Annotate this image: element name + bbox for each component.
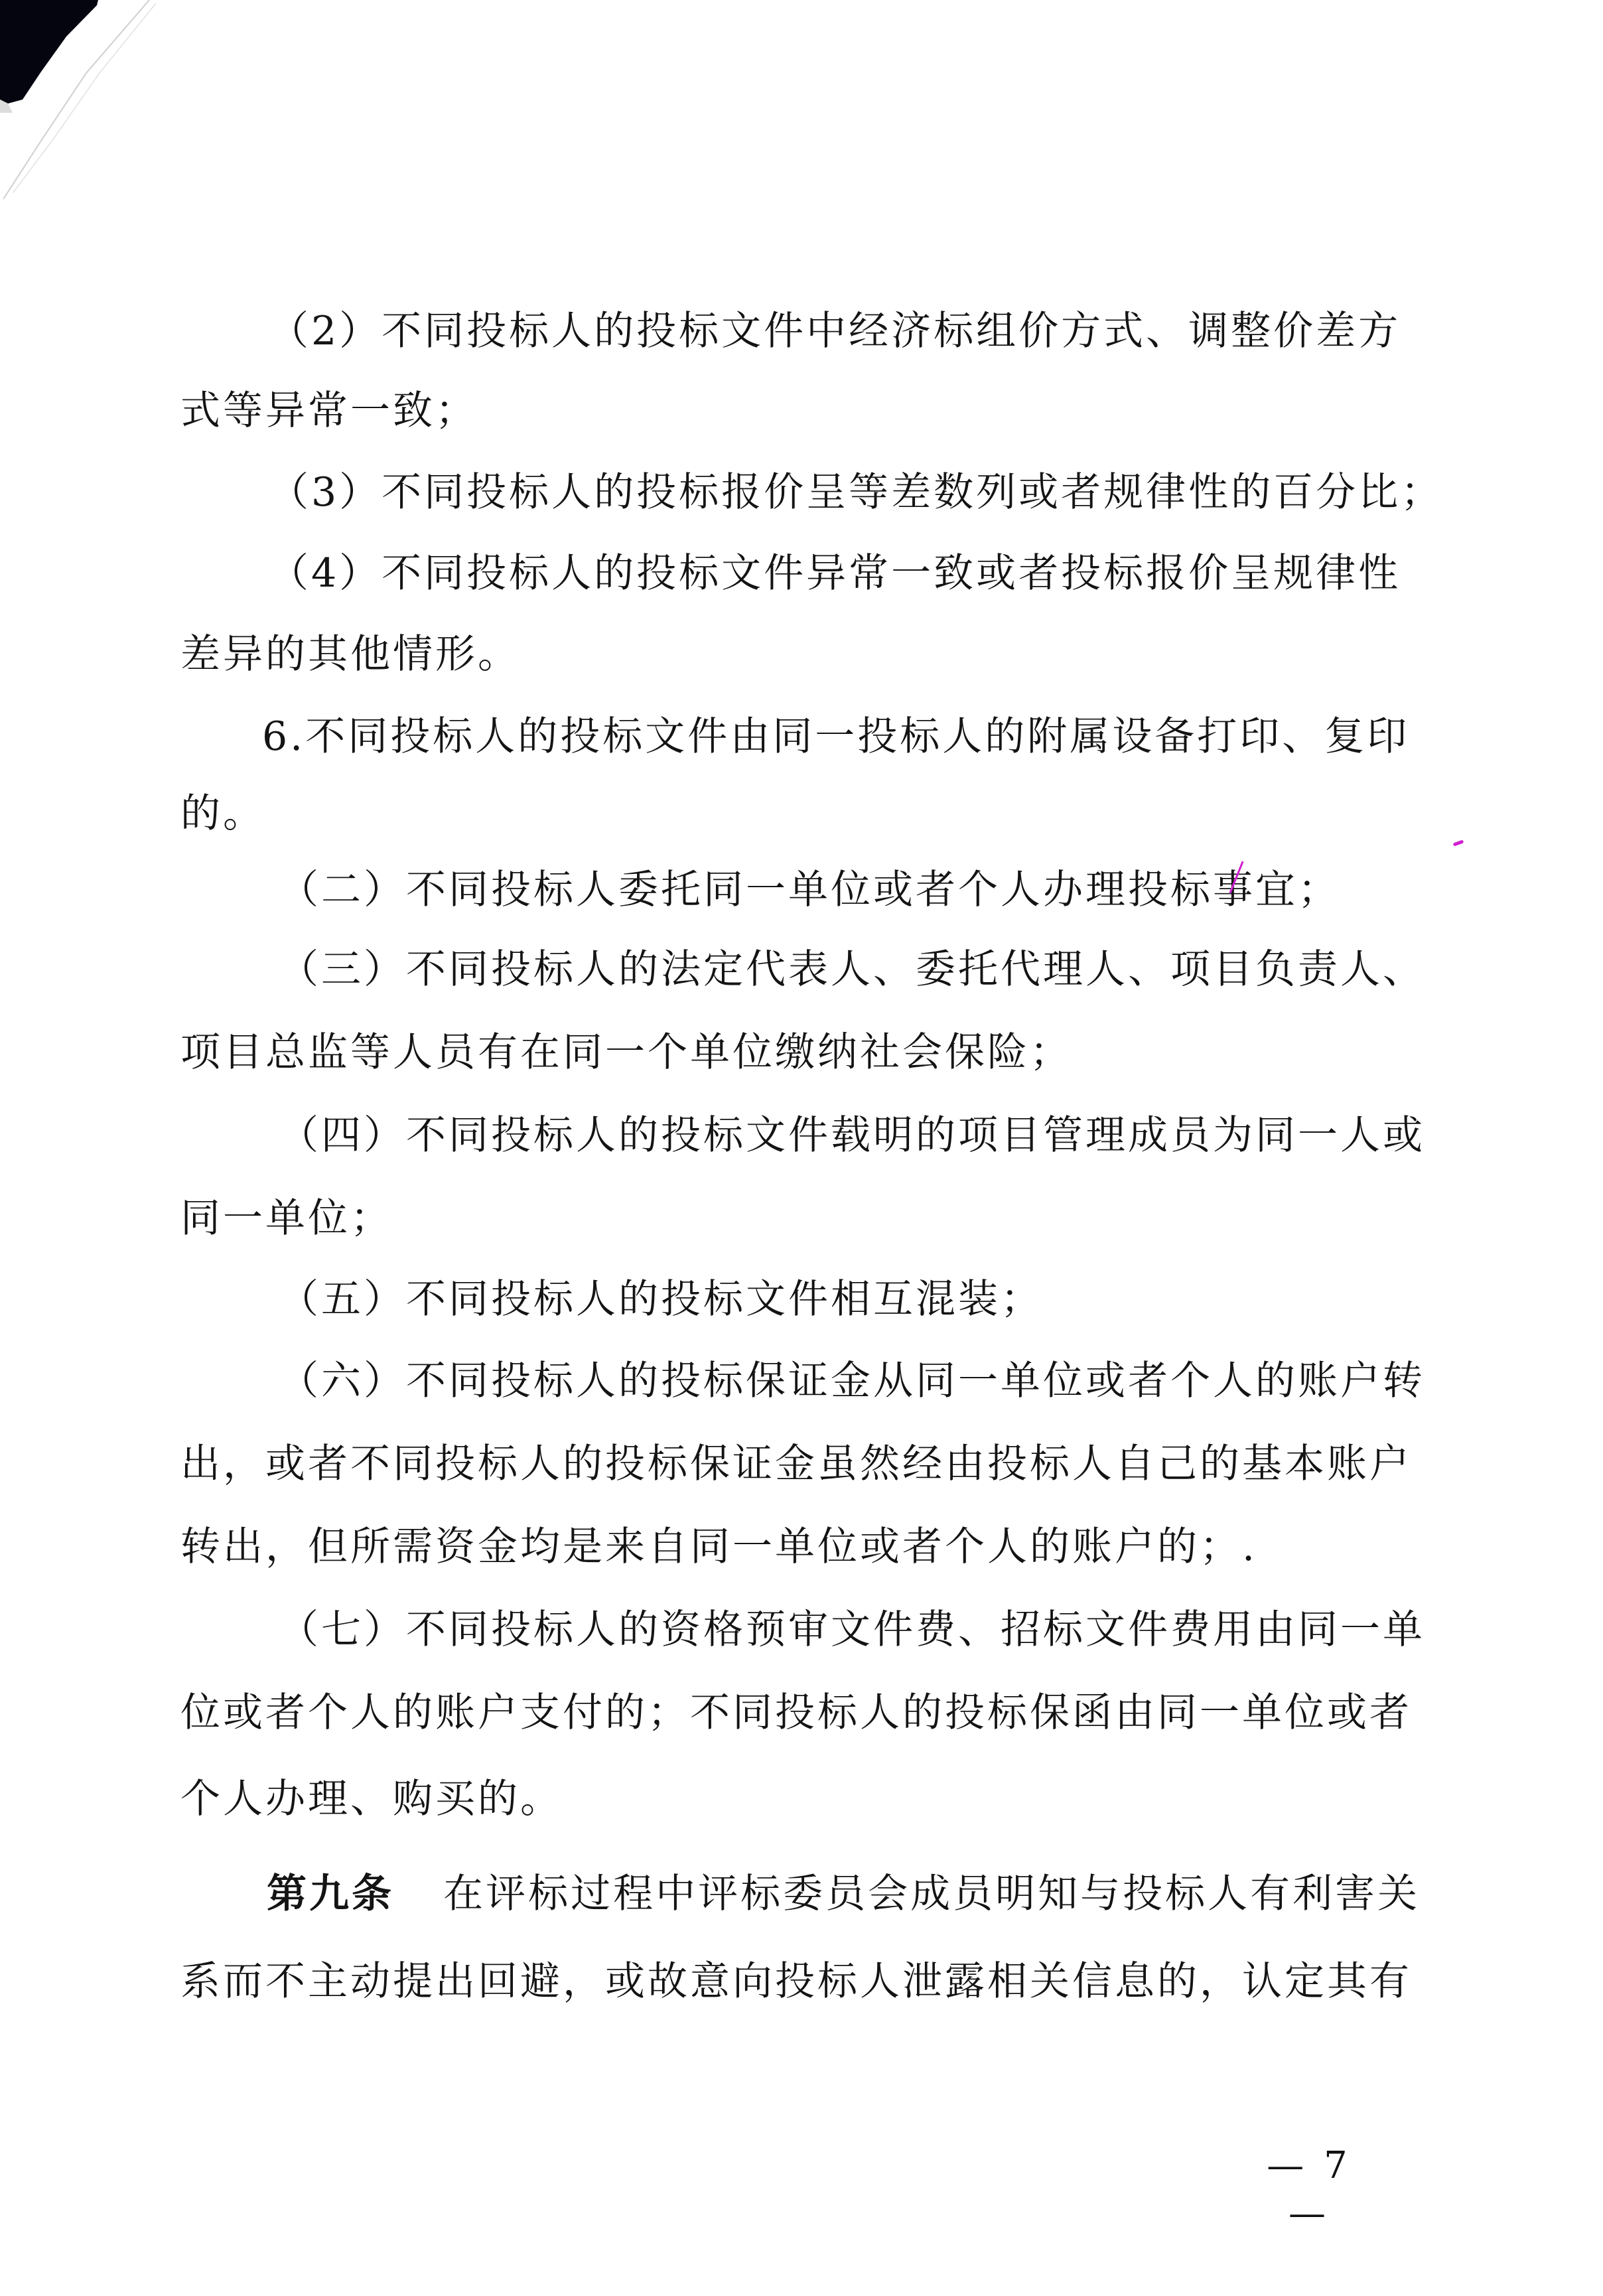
paragraph-line: 项目总监等人员有在同一个单位缴纳社会保险； bbox=[180, 1029, 1072, 1076]
paragraph-line: （四）不同投标人的投标文件载明的项目管理成员为同一人或 bbox=[279, 1112, 1425, 1159]
article-heading: 第九条 bbox=[267, 1871, 394, 1917]
paragraph-line: 转出，但所需资金均是来自同一单位或者个人的账户的；. bbox=[180, 1523, 1257, 1571]
paragraph-line: 出，或者不同投标人的投标保证金虽然经由投标人自己的基本账户 bbox=[180, 1440, 1412, 1488]
page-edge-crease bbox=[0, 0, 173, 212]
paragraph-line: 的。 bbox=[180, 790, 265, 837]
article-9-text: 在评标过程中评标委员会成员明知与投标人有利害关 bbox=[443, 1871, 1420, 1917]
paragraph-line: （4）不同投标人的投标文件异常一致或者投标报价呈规律性 bbox=[269, 549, 1401, 597]
paragraph-line: 6.不同投标人的投标文件由同一投标人的附属设备打印、复印 bbox=[262, 713, 1409, 760]
paragraph-line: 个人办理、购买的。 bbox=[180, 1775, 563, 1823]
paragraph-line: 式等异常一致； bbox=[180, 387, 478, 435]
article-9-line-1: 第九条 在评标过程中评标委员会成员明知与投标人有利害关 bbox=[267, 1870, 1420, 1918]
paragraph-line: （三）不同投标人的法定代表人、委托代理人、项目负责人、 bbox=[279, 946, 1425, 993]
page-number: — 7 — bbox=[1239, 2142, 1379, 2238]
paragraph-line: 同一单位； bbox=[180, 1194, 393, 1242]
paragraph-line: （五）不同投标人的投标文件相互混装； bbox=[279, 1275, 1043, 1323]
paragraph-line: （六）不同投标人的投标保证金从同一单位或者个人的账户转 bbox=[279, 1357, 1425, 1405]
paragraph-line: （七）不同投标人的资格预审文件费、招标文件费用由同一单 bbox=[279, 1606, 1425, 1654]
paragraph-line: （二）不同投标人委托同一单位或者个人办理投标事宜； bbox=[279, 866, 1340, 914]
paragraph-line: 差异的其他情形。 bbox=[180, 630, 520, 678]
paragraph-line: （3）不同投标人的投标报价呈等差数列或者规律性的百分比； bbox=[269, 468, 1443, 516]
article-9-line-2: 系而不主动提出回避，或故意向投标人泄露相关信息的，认定其有 bbox=[180, 1958, 1412, 2005]
pen-mark bbox=[1453, 839, 1464, 846]
paragraph-line: （2）不同投标人的投标文件中经济标组价方式、调整价差方 bbox=[269, 307, 1401, 355]
paragraph-line: 位或者个人的账户支付的；不同投标人的投标保函由同一单位或者 bbox=[180, 1689, 1412, 1737]
